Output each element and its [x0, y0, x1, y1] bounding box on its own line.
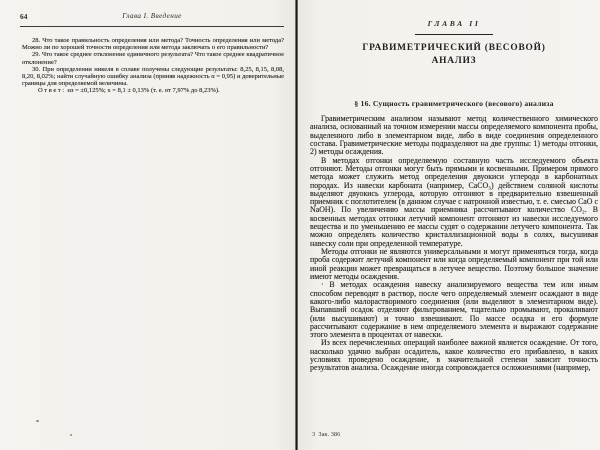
- body-paragraph: Из всех перечисленных операций наиболее …: [310, 339, 598, 372]
- page-number: 64: [20, 12, 27, 21]
- body-paragraph: · В методах осаждения навеску анализируе…: [310, 281, 598, 339]
- chapter-title: ГРАВИМЕТРИЧЕСКИЙ (ВЕСОВОЙ) АНАЛИЗ: [310, 42, 598, 68]
- question-28: 28. Что такое правильность определения и…: [22, 37, 284, 51]
- body-paragraph: Методы отгонки не являются универсальным…: [310, 248, 598, 281]
- body-paragraph: Гравиметрическим анализом называют метод…: [310, 115, 598, 157]
- scan-speck: [70, 434, 72, 436]
- print-signature: 3 Зак. 386: [312, 431, 340, 438]
- answer-label: Ответ:: [38, 87, 66, 94]
- scan-speck: [36, 420, 39, 422]
- left-page-header: 64 Глава I. Введение: [20, 12, 284, 21]
- right-page: ГЛАВА II ГРАВИМЕТРИЧЕСКИЙ (ВЕСОВОЙ) АНАЛ…: [298, 0, 600, 450]
- body-text: Гравиметрическим анализом называют метод…: [310, 115, 598, 373]
- question-30: 30. При определении никеля в сплаве полу…: [22, 66, 284, 88]
- question-29: 29. Что такое среднее отклонение единичн…: [22, 51, 284, 65]
- answer-value: εα = ±0,125%; x = 8,1 ± 0,13% (т. е. от …: [67, 87, 219, 94]
- header-rule: [20, 26, 284, 27]
- body-paragraph: В методах отгонки определяемую составную…: [310, 157, 598, 248]
- book-spread: 64 Глава I. Введение 28. Что такое прави…: [0, 0, 600, 450]
- answer-line: Ответ: εα = ±0,125%; x = 8,1 ± 0,13% (т.…: [22, 87, 284, 94]
- exercise-questions: 28. Что такое правильность определения и…: [22, 37, 284, 95]
- running-header: Глава I. Введение: [122, 12, 182, 20]
- chapter-rule: [415, 34, 493, 35]
- chapter-label: ГЛАВА II: [310, 19, 598, 28]
- chapter-title-line1: ГРАВИМЕТРИЧЕСКИЙ (ВЕСОВОЙ): [310, 42, 598, 55]
- left-page: 64 Глава I. Введение 28. Что такое прави…: [0, 0, 296, 450]
- section-heading: § 16. Сущность гравиметрического (весово…: [310, 99, 598, 108]
- chapter-title-line2: АНАЛИЗ: [310, 55, 598, 68]
